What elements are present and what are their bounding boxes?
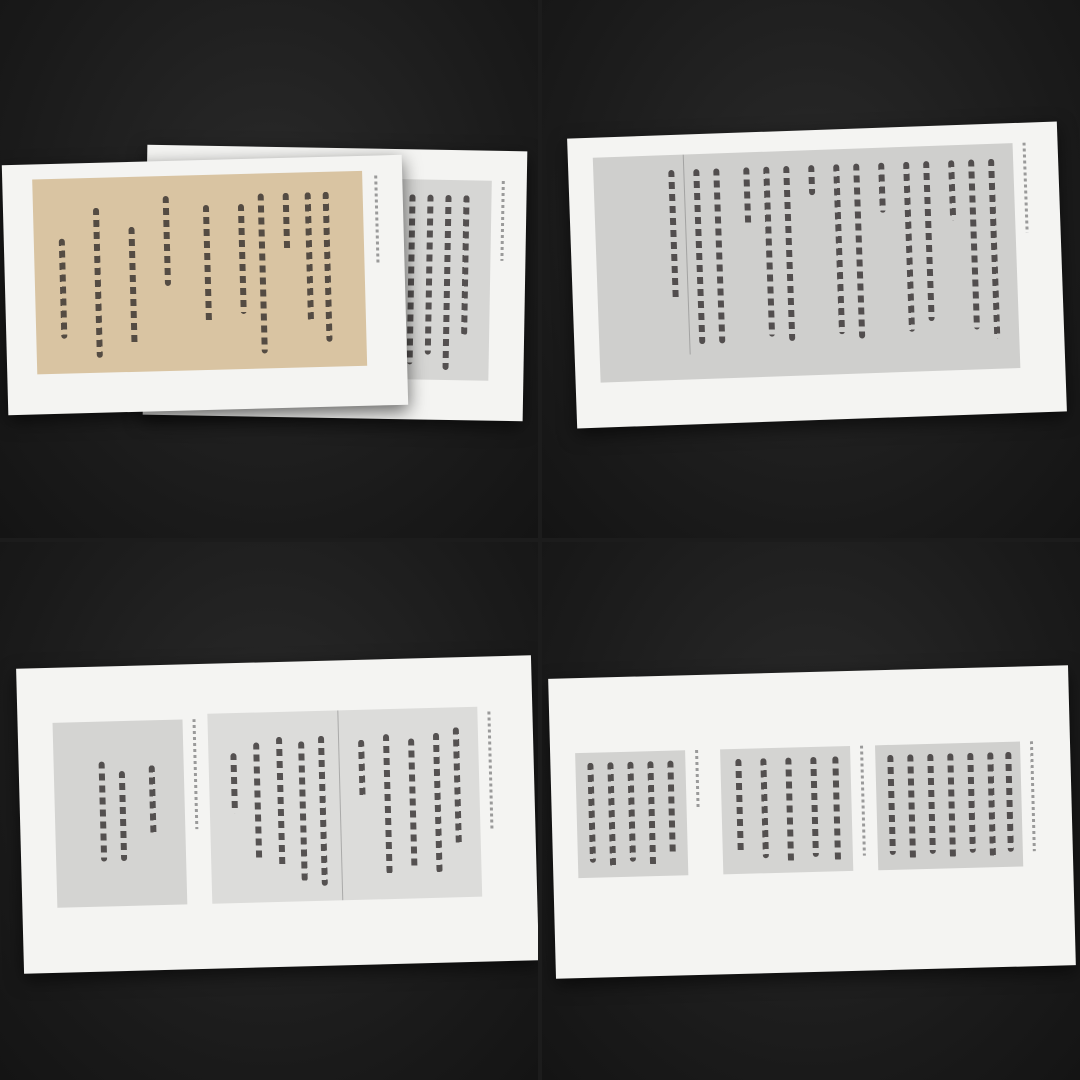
photo-collage xyxy=(0,0,1080,1080)
sheet xyxy=(16,655,538,973)
panel-top-left xyxy=(0,0,538,538)
sheet xyxy=(548,665,1076,979)
letter-cover-plate xyxy=(53,719,188,907)
panel-top-right xyxy=(542,0,1080,538)
panel-bottom-right xyxy=(542,542,1080,1080)
front-sheet xyxy=(2,155,408,415)
kana-plate-1 xyxy=(575,750,688,878)
sheet xyxy=(567,122,1067,429)
ruled-manuscript-plate xyxy=(593,143,1021,383)
panel-bottom-left xyxy=(0,542,538,1080)
kana-plate-2 xyxy=(720,746,853,874)
cursive-letter-plate xyxy=(207,707,482,904)
kana-plate-3 xyxy=(875,742,1023,871)
sepia-letter-plate xyxy=(32,171,367,375)
